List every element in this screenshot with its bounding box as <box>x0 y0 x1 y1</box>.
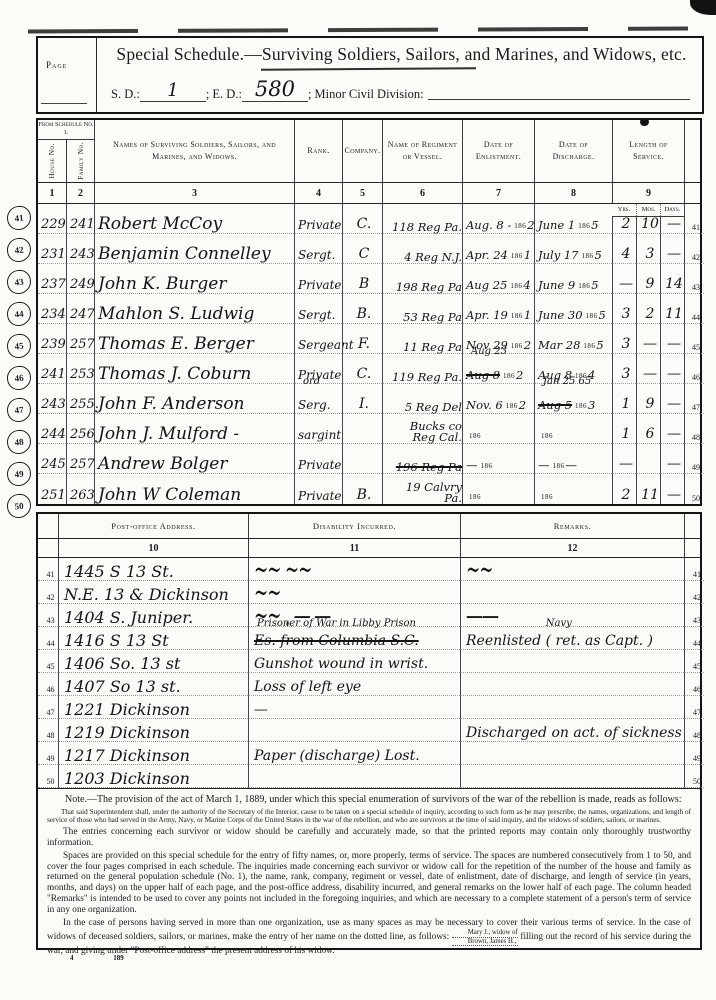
enlistment-monthday: Apr. 24 <box>466 248 508 262</box>
service-years-cell: 2 <box>612 474 636 504</box>
service-days-cell: — <box>660 324 684 354</box>
row-number-left: 45 <box>38 650 58 673</box>
row-number-left: 44 <box>38 627 58 650</box>
circled-row-number: 47 <box>6 397 32 423</box>
service-table-row: 239 257 Thomas E. Berger Sergeant F. 11 … <box>38 324 700 354</box>
disability-cell: Gunshot wound in wrist. <box>248 650 460 673</box>
disability-cell: Loss of left eye <box>248 673 460 696</box>
left-row-number-column: 41 42 43 44 45 46 47 48 49 50 <box>7 206 31 518</box>
disability-text: — <box>254 704 268 717</box>
discharge-monthday: June 30 <box>538 308 583 322</box>
row-number-right: 43 <box>684 264 704 294</box>
printed-year-prefix: 186 <box>575 402 587 410</box>
disability-cell <box>248 765 460 788</box>
printed-year-prefix: 186 <box>469 493 481 501</box>
col-no-4: 4 <box>294 183 342 203</box>
yrs-label: Yrs. <box>612 204 636 216</box>
postoffice-address-cell: 1217 Dickinson <box>58 742 248 765</box>
row-number-left: 50 <box>38 765 58 788</box>
remarks-cell: Discharged on act. of sickness <box>460 719 684 742</box>
rank-value: Serg. <box>298 398 331 412</box>
house-no-cell: 231 <box>38 234 66 264</box>
regiment-line1: 5 Reg Del <box>405 402 462 412</box>
sd-label: S. D.: <box>111 87 140 102</box>
veteran-name-cell: John K. Burger <box>94 264 294 294</box>
regiment-line1: 4 Reg N.J. <box>404 252 462 262</box>
enlistment-monthday: Nov. 6 <box>466 398 503 412</box>
days-label: Days. <box>660 204 684 216</box>
service-years-cell: — <box>612 264 636 294</box>
rank-value: sargint <box>298 428 341 442</box>
printed-year-prefix: 186 <box>511 342 523 350</box>
enlistment-monthday: Aug. 8 - <box>466 218 511 232</box>
service-months-cell: — <box>636 354 660 384</box>
notes-section: Note.—The provision of the act of March … <box>38 789 700 959</box>
printed-year-prefix: 186 <box>514 222 526 230</box>
discharge-struck: Aug 5 <box>538 398 572 412</box>
printed-year-prefix: 186 <box>469 432 481 440</box>
remarks-cell <box>460 650 684 673</box>
printed-year-prefix: 186 <box>553 462 565 470</box>
column-number-row: 1 2 3 4 5 6 7 8 9 <box>38 182 700 204</box>
address-disability-table: Post-office Address. Disability Incurred… <box>36 512 702 950</box>
discharge-header: Date of Discharge. <box>534 120 612 182</box>
remarks-cell <box>460 742 684 765</box>
footer-print-marks: 4 189 <box>70 954 162 962</box>
rank-cell: Private <box>294 264 342 294</box>
row-number-left: 42 <box>38 581 58 604</box>
note-paragraph: Note.—The provision of the act of March … <box>47 794 691 806</box>
regiment-line2: Pa. <box>444 493 462 503</box>
postoffice-address-cell: 1221 Dickinson <box>58 696 248 719</box>
service-years-cell: 4 <box>612 234 636 264</box>
enlistment-date-cell: Apr. 19 186 1 <box>462 294 534 324</box>
rank-header: Rank. <box>294 120 342 182</box>
remarks-cell <box>460 673 684 696</box>
mcd-label: ; Minor Civil Division: <box>308 87 424 102</box>
from-schedule-cell: From Schedule No. 1. House No. Family No… <box>38 120 94 182</box>
rank-cell: ord Serg. <box>294 384 342 414</box>
discharge-date-cell: July 17 186 5 <box>534 234 612 264</box>
footer-mark-1: 4 <box>70 954 74 962</box>
service-days-cell: — <box>660 414 684 444</box>
regiment-line1: 198 Reg Pa <box>396 282 462 292</box>
page-blank-line <box>41 103 87 104</box>
disability-correction: Prisoner of War in Libby Prison <box>257 619 416 628</box>
postoffice-header: Post-office Address. <box>58 514 248 538</box>
disability-cell: — <box>248 696 460 719</box>
discharge-monthday: Mar 28 <box>538 338 580 352</box>
row-number-right: 48 <box>684 414 704 444</box>
printed-year-prefix: 186 <box>506 402 518 410</box>
col-no-9: 9 <box>612 183 684 203</box>
scan-artifact-corner-blob <box>690 0 716 15</box>
enlistment-year-digit: 2 <box>519 398 526 412</box>
family-no-cell: 243 <box>66 234 94 264</box>
scan-artifact-top-line <box>28 27 688 34</box>
lower-left-gutter <box>38 514 58 538</box>
discharge-monthday: June 9 <box>538 278 575 292</box>
discharge-date-cell: — 186 — <box>534 444 612 474</box>
printed-year-prefix: 186 <box>541 432 553 440</box>
rank-value: Private <box>298 489 342 503</box>
service-years-cell: 3 <box>612 324 636 354</box>
address-table-row: 42 N.E. 13 & Dickinson ~~ 42 <box>38 581 700 604</box>
service-table-row: 231 243 Benjamin Connelley Sergt. C 4 Re… <box>38 234 700 264</box>
family-no-cell: 253 <box>66 354 94 384</box>
service-months-cell: 3 <box>636 234 660 264</box>
disability-struck: Es. from Columbia S.C. <box>254 635 419 648</box>
discharge-date-cell: June 30 186 5 <box>534 294 612 324</box>
remarks-text: Discharged on act. of sickness <box>466 727 682 740</box>
company-cell: C. <box>342 354 382 384</box>
printed-year-prefix: 186 <box>481 462 493 470</box>
act-excerpt-paragraph: That said Superintendent shall, under th… <box>47 808 691 825</box>
footer-mark-2: 189 <box>113 954 124 962</box>
disability-text: Gunshot wound in wrist. <box>254 658 428 671</box>
regiment-line1: 53 Reg Pa <box>403 312 462 322</box>
rank-cell: Private <box>294 444 342 474</box>
lower-rows: 41 1445 S 13 St. ~~ ~~ ~~ 41 42 N.E. 13 … <box>38 558 700 789</box>
postoffice-address-cell: 1416 S 13 St <box>58 627 248 650</box>
discharge-date-cell: Jan 25 65 Aug 5 186 3 <box>534 384 612 414</box>
remarks-cell: Navy Reenlisted ( ret. as Capt. ) <box>460 627 684 650</box>
row-number-right: 45 <box>684 650 704 673</box>
row-number-right: 41 <box>684 204 704 234</box>
disability-cell: Prisoner of War in Libby Prison Es. from… <box>248 627 460 650</box>
printed-year-prefix: 186 <box>503 372 515 380</box>
enlistment-year-digit: 2 <box>516 368 523 382</box>
printed-year-prefix: 186 <box>510 282 522 290</box>
rank-value: Private <box>298 458 342 472</box>
discharge-date-cell: Mar 28 186 5 <box>534 324 612 354</box>
row-number-right: 41 <box>684 558 704 581</box>
discharge-date-cell: 186 <box>534 474 612 504</box>
disability-text: Paper (discharge) Lost. <box>254 750 420 763</box>
discharge-year-digit: 5 <box>594 248 601 262</box>
enlistment-year-digit: 1 <box>524 308 531 322</box>
service-days-cell: — <box>660 234 684 264</box>
regiment-line1: 119 Reg Pa. <box>392 372 462 382</box>
printed-year-prefix: 186 <box>578 282 590 290</box>
enlistment-correction: Aug 23 <box>471 346 507 357</box>
rank-value: Private <box>298 278 342 292</box>
service-table-row: 244 256 John J. Mulford - sargint Bucks … <box>38 414 700 444</box>
address-table-row: 45 1406 So. 13 st Gunshot wound in wrist… <box>38 650 700 673</box>
form-header-box: Page Special Schedule.—Surviving Soldier… <box>36 36 704 114</box>
remarks-cell <box>460 765 684 788</box>
entries-paragraph: The entries concerning each survivor or … <box>47 827 691 849</box>
regiment-line1: 118 Reg Pa. <box>392 222 462 232</box>
postoffice-address-cell: 1219 Dickinson <box>58 719 248 742</box>
row-number-right: 46 <box>684 673 704 696</box>
row-number-right: 49 <box>684 444 704 474</box>
company-cell: C. <box>342 204 382 234</box>
discharge-correction: Jan 25 65 <box>543 376 591 387</box>
service-days-cell: 14 <box>660 264 684 294</box>
col-no-1: 1 <box>38 183 66 203</box>
printed-year-prefix: 186 <box>583 342 595 350</box>
page-label: Page <box>46 60 67 70</box>
row-number-right: 44 <box>684 627 704 650</box>
discharge-year-digit: 5 <box>599 308 606 322</box>
family-no-cell: 241 <box>66 204 94 234</box>
house-no-cell: 251 <box>38 474 66 504</box>
address-table-row: 47 1221 Dickinson — 47 <box>38 696 700 719</box>
house-no-header: House No. <box>47 143 56 179</box>
sd-value: 1 <box>140 80 206 102</box>
veteran-name-cell: Benjamin Connelley <box>94 234 294 264</box>
house-no-cell: 243 <box>38 384 66 414</box>
house-no-cell: 229 <box>38 204 66 234</box>
row-number-right: 48 <box>684 719 704 742</box>
service-table-row: 234 247 Mahlon S. Ludwig Sergt. B. 53 Re… <box>38 294 700 324</box>
widow-entry-example: Mary J., widow of Brown, James H., <box>452 929 518 947</box>
house-no-cell: 239 <box>38 324 66 354</box>
col-no-gutter <box>684 183 704 203</box>
printed-year-prefix: 186 <box>586 312 598 320</box>
col-no-6: 6 <box>382 183 462 203</box>
lower-gutter-num <box>38 539 58 557</box>
printed-year-prefix: 186 <box>511 312 523 320</box>
discharge-year-digit: 3 <box>588 398 595 412</box>
veteran-name-cell: Robert McCoy <box>94 204 294 234</box>
length-subheader: Yrs. Mos. Days. <box>612 204 684 217</box>
house-no-cell: 234 <box>38 294 66 324</box>
enlistment-date-cell: — 186 <box>462 444 534 474</box>
company-header: Company. <box>342 120 382 182</box>
rank-value: Sergt. <box>298 248 335 262</box>
family-no-header: Family No. <box>76 142 85 180</box>
postoffice-address-cell: 1406 So. 13 st <box>58 650 248 673</box>
enlistment-date-cell: 186 <box>462 414 534 444</box>
postoffice-address-cell: 1445 S 13 St. <box>58 558 248 581</box>
circled-row-number: 42 <box>6 237 32 263</box>
service-table-row: 229 241 Robert McCoy Private C. 118 Reg … <box>38 204 700 234</box>
enlistment-year-digit: 1 <box>524 248 531 262</box>
upper-header-row: From Schedule No. 1. House No. Family No… <box>38 120 700 182</box>
circled-row-number: 48 <box>6 429 32 455</box>
discharge-monthday: June 1 <box>538 218 575 232</box>
circled-row-number: 43 <box>6 269 32 295</box>
circled-row-number: 50 <box>6 493 32 519</box>
row-number-right: 43 <box>684 604 704 627</box>
printed-year-prefix: 186 <box>578 222 590 230</box>
postoffice-address-cell: 1404 S. Juniper. <box>58 604 248 627</box>
service-months-cell: 9 <box>636 264 660 294</box>
row-number-left: 48 <box>38 719 58 742</box>
service-years-cell: 1 <box>612 414 636 444</box>
col-no-10: 10 <box>58 539 248 557</box>
company-cell: F. <box>342 324 382 354</box>
rank-value: Private <box>298 218 342 232</box>
service-days-cell: — <box>660 384 684 414</box>
service-table-row: 241 253 Thomas J. Coburn Private C. 119 … <box>38 354 700 384</box>
col-no-7: 7 <box>462 183 534 203</box>
company-cell <box>342 444 382 474</box>
circled-row-number: 44 <box>6 301 32 327</box>
rank-cell: Private <box>294 474 342 504</box>
veteran-name-cell: John W Coleman <box>94 474 294 504</box>
regiment-cell: 196 Reg Pa <box>382 444 462 474</box>
enlistment-date-cell: Aug 23 Aug 8 186 2 <box>462 354 534 384</box>
service-days-cell: — <box>660 444 684 474</box>
remarks-correction: Navy <box>546 619 572 628</box>
form-title: Special Schedule.—Surviving Soldiers, Sa… <box>111 44 692 65</box>
address-table-row: 50 1203 Dickinson 50 <box>38 765 700 788</box>
enlistment-year-digit: 4 <box>523 278 530 292</box>
discharge-date-cell: 186 <box>534 414 612 444</box>
printed-year-prefix: 186 <box>581 252 593 260</box>
regiment-cell: 118 Reg Pa. <box>382 204 462 234</box>
circled-row-number: 45 <box>6 333 32 359</box>
service-months-cell: — <box>636 324 660 354</box>
circled-row-number: 41 <box>6 205 32 231</box>
circled-row-number: 46 <box>6 365 32 391</box>
row-number-left: 49 <box>38 742 58 765</box>
regiment-cell: 5 Reg Del <box>382 384 462 414</box>
company-cell: B. <box>342 474 382 504</box>
address-table-row: 48 1219 Dickinson Discharged on act. of … <box>38 719 700 742</box>
row-number-left: 47 <box>38 696 58 719</box>
company-cell: B <box>342 264 382 294</box>
right-gutter-header <box>684 120 704 182</box>
disability-text: Loss of left eye <box>254 681 361 694</box>
family-no-cell: 256 <box>66 414 94 444</box>
address-table-row: 44 1416 S 13 St Prisoner of War in Libby… <box>38 627 700 650</box>
row-number-right: 46 <box>684 354 704 384</box>
service-months-cell: 11 <box>636 474 660 504</box>
rank-value: Sergt. <box>298 308 335 322</box>
regiment-struck: 196 Reg Pa <box>396 462 462 472</box>
discharge-monthday: — <box>538 458 550 472</box>
regiment-cell: 11 Reg Pa <box>382 324 462 354</box>
disability-cell: Paper (discharge) Lost. <box>248 742 460 765</box>
enlistment-year-digit: 2 <box>524 338 531 352</box>
enlistment-header: Date of Enlistment. <box>462 120 534 182</box>
rank-correction: ord <box>303 376 320 387</box>
ed-label: ; E. D.: <box>206 87 242 102</box>
header-main: Special Schedule.—Surviving Soldiers, Sa… <box>97 38 702 112</box>
row-number-right: 42 <box>684 234 704 264</box>
service-table-row: 251 263 John W Coleman Private B. 19 Cal… <box>38 474 700 504</box>
service-days-cell: — <box>660 474 684 504</box>
veteran-name-cell: Andrew Bolger <box>94 444 294 474</box>
enlistment-date-cell: 186 <box>462 474 534 504</box>
enlistment-struck: Aug 8 <box>466 368 500 382</box>
col-no-8: 8 <box>534 183 612 203</box>
mcd-blank-line <box>428 99 690 100</box>
remarks-text: Reenlisted ( ret. as Capt. ) <box>466 635 653 648</box>
service-months-cell <box>636 444 660 474</box>
company-cell: C <box>342 234 382 264</box>
row-number-left: 46 <box>38 673 58 696</box>
row-number-right: 45 <box>684 324 704 354</box>
ed-value: 580 <box>242 77 308 102</box>
regiment-cell: 198 Reg Pa <box>382 264 462 294</box>
discharge-date-cell: June 9 186 5 <box>534 264 612 294</box>
family-no-cell: 263 <box>66 474 94 504</box>
row-number-right: 50 <box>684 474 704 504</box>
regiment-line2: Reg Cal. <box>413 432 462 442</box>
postoffice-address-cell: N.E. 13 & Dickinson <box>58 581 248 604</box>
service-days-cell: — <box>660 354 684 384</box>
discharge-year-digit: 5 <box>591 218 598 232</box>
discharge-year-digit: 5 <box>596 338 603 352</box>
house-no-cell: 237 <box>38 264 66 294</box>
col-no-5: 5 <box>342 183 382 203</box>
service-table-row: 243 255. John F. Anderson ord Serg. I. 5… <box>38 384 700 414</box>
veteran-name-cell: Thomas E. Berger <box>94 324 294 354</box>
veteran-name-cell: Mahlon S. Ludwig <box>94 294 294 324</box>
veteran-name-cell: Thomas J. Coburn <box>94 354 294 384</box>
rank-cell: Sergt. <box>294 294 342 324</box>
enlistment-date-cell: Aug 25 186 4 <box>462 264 534 294</box>
house-no-cell: 245 <box>38 444 66 474</box>
veteran-name-cell: John F. Anderson <box>94 384 294 414</box>
row-number-right: 50 <box>684 765 704 788</box>
upper-rows: 229 241 Robert McCoy Private C. 118 Reg … <box>38 204 700 504</box>
example-line-2: Brown, James H., <box>452 938 518 947</box>
discharge-date-cell: June 1 186 5 <box>534 204 612 234</box>
row-number-right: 42 <box>684 581 704 604</box>
address-table-row: 46 1407 So 13 st. Loss of left eye 46 <box>38 673 700 696</box>
lower-column-number-row: 10 11 12 <box>38 538 700 558</box>
service-months-cell: 9 <box>636 384 660 414</box>
postoffice-address-cell: 1203 Dickinson <box>58 765 248 788</box>
family-no-cell: 257 <box>66 324 94 354</box>
page-cell: Page <box>38 38 97 112</box>
family-no-cell: 255. <box>66 384 94 414</box>
rank-cell: Private <box>294 204 342 234</box>
veteran-name-cell: John J. Mulford - <box>94 414 294 444</box>
discharge-year-digit: 5 <box>591 278 598 292</box>
company-cell: I. <box>342 384 382 414</box>
printed-year-prefix: 186 <box>511 252 523 260</box>
remarks-cell <box>460 696 684 719</box>
house-no-cell: 244 <box>38 414 66 444</box>
enlistment-date-cell: Aug. 8 - 186 2 <box>462 204 534 234</box>
enlistment-monthday: Aug 25 <box>466 278 507 292</box>
disability-cell <box>248 719 460 742</box>
family-no-cell: 247 <box>66 294 94 324</box>
example-line-1: Mary J., widow of <box>452 929 518 938</box>
row-number-right: 49 <box>684 742 704 765</box>
family-no-cell: 249 <box>66 264 94 294</box>
company-cell: B. <box>342 294 382 324</box>
service-years-cell: — <box>612 444 636 474</box>
postoffice-address-cell: 1407 So 13 st. <box>58 673 248 696</box>
regiment-cell: 119 Reg Pa. <box>382 354 462 384</box>
col-no-2: 2 <box>66 183 94 203</box>
lower-right-gutter <box>684 514 704 538</box>
row-number-right: 44 <box>684 294 704 324</box>
lower-gutter-num <box>684 539 704 557</box>
row-number-left: 41 <box>38 558 58 581</box>
row-number-right: 47 <box>684 696 704 719</box>
printed-year-prefix: 186 <box>541 493 553 501</box>
census-schedule-page: Page Special Schedule.—Surviving Soldier… <box>0 0 716 1000</box>
length-of-service-header: Length of Service. <box>612 120 684 182</box>
service-table-row: 237 249 John K. Burger Private B 198 Reg… <box>38 264 700 294</box>
rank-cell: Sergeant <box>294 324 342 354</box>
house-no-cell: 241 <box>38 354 66 384</box>
regiment-cell: Bucks co Reg Cal. <box>382 414 462 444</box>
discharge-year-digit: — <box>566 458 578 472</box>
enlistment-monthday: — <box>466 458 478 472</box>
regiment-cell: 4 Reg N.J. <box>382 234 462 264</box>
remarks-cell: ~~ <box>460 558 684 581</box>
